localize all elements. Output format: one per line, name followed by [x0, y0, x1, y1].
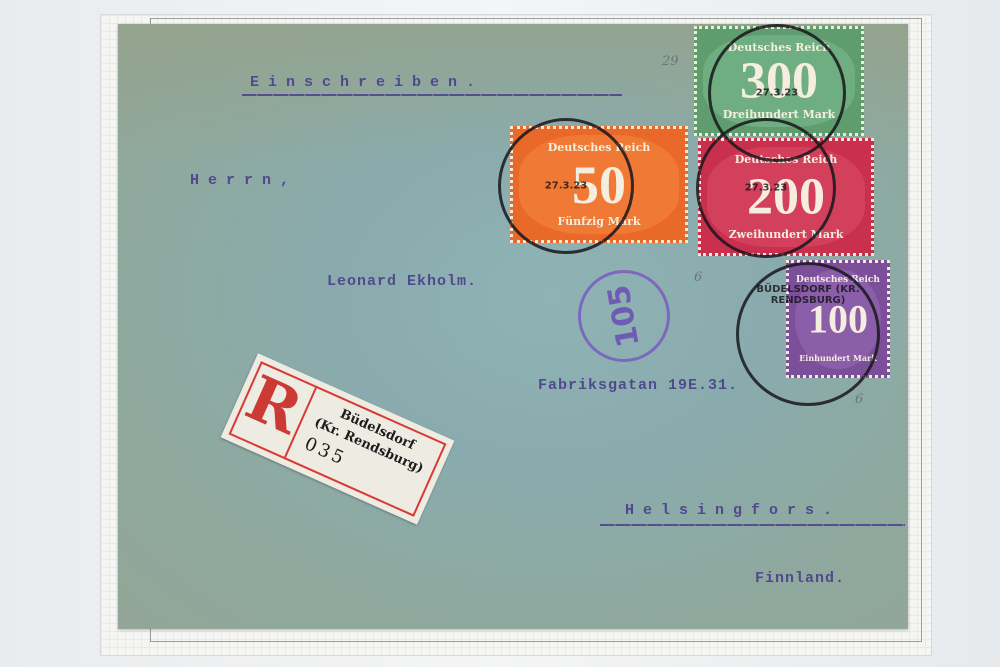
city: Helsingfors.: [625, 502, 841, 519]
censor-number: 105: [599, 271, 648, 362]
pencil-note: 6: [855, 392, 863, 407]
pencil-note: 29: [662, 54, 679, 69]
salutation: Herrn,: [190, 172, 298, 189]
postmark-date: 27.3.23: [501, 181, 631, 192]
recipient-name: Leonard Ekholm.: [327, 273, 477, 290]
registration-marking: Einschreiben.: [250, 74, 484, 91]
street-address: Fabriksgatan 19E.31.: [538, 377, 738, 394]
pencil-note: 6: [694, 270, 702, 285]
postmark-cancel: BÜDELSDORF (KR. RENDSBURG): [736, 262, 880, 406]
country: Finnland.: [755, 570, 845, 587]
city-underline: [600, 524, 905, 526]
registration-underline: [242, 94, 622, 96]
postmark-town: BÜDELSDORF (KR. RENDSBURG): [739, 284, 877, 306]
postmark-date: 27.3.23: [699, 183, 833, 194]
censor-mark: 105: [578, 270, 670, 362]
postmark-date: 27.3.23: [711, 88, 843, 99]
postmark-cancel: 27.3.23: [696, 118, 836, 258]
postmark-cancel: 27.3.23: [498, 118, 634, 254]
